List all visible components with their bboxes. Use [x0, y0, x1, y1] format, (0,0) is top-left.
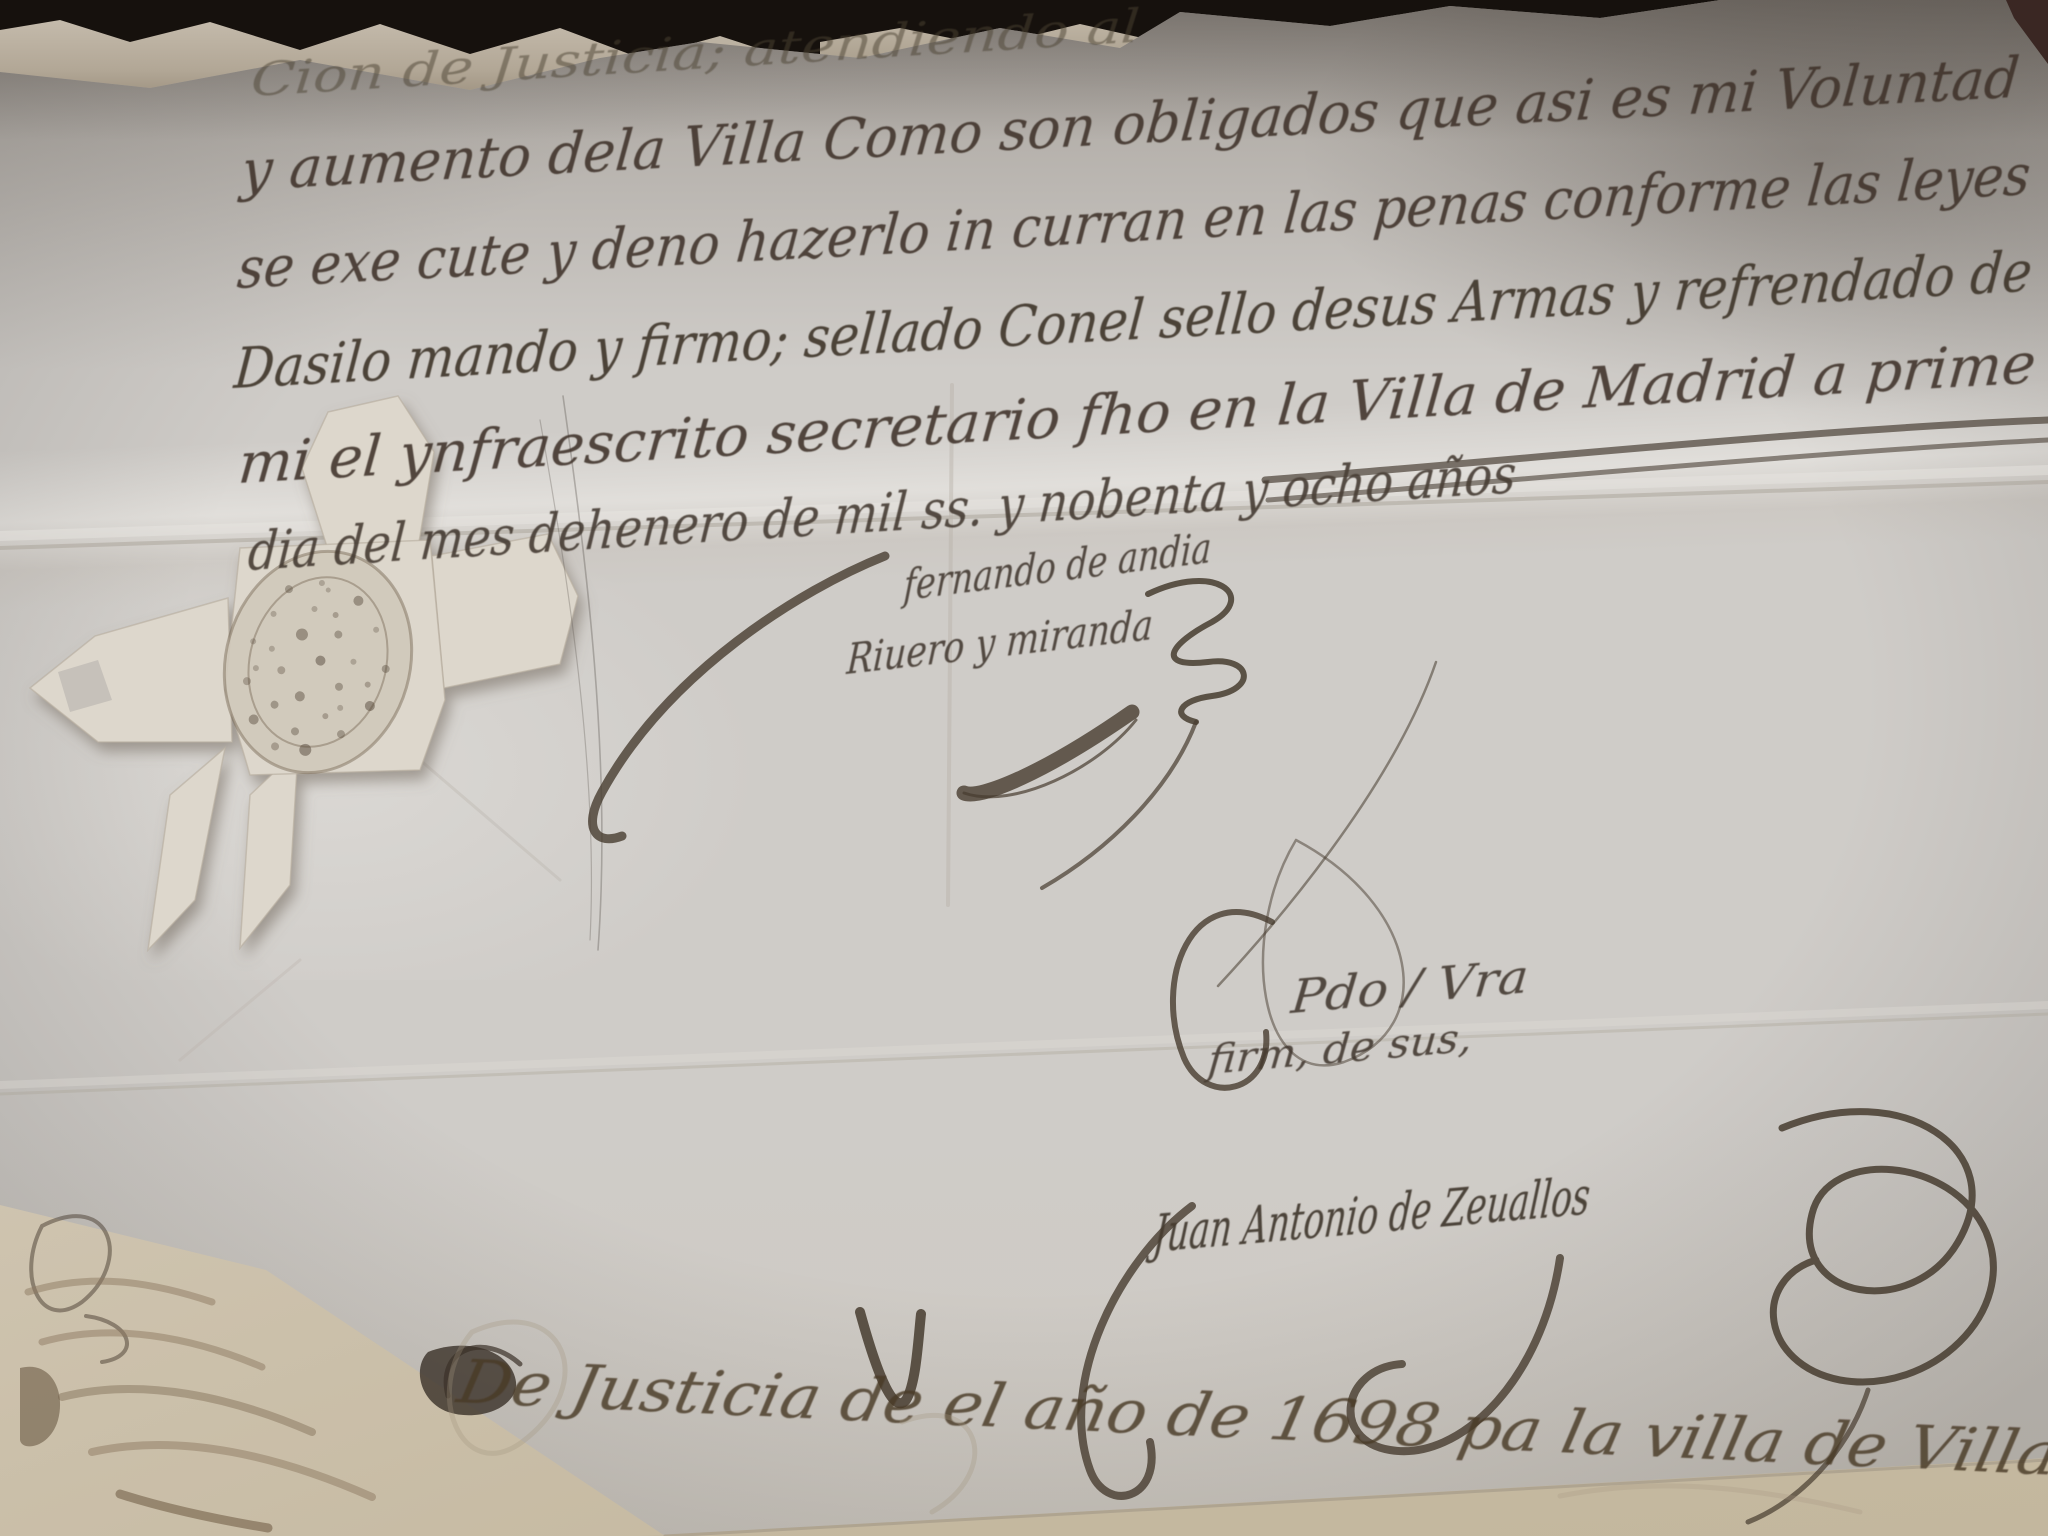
- seal-arm-left: [30, 598, 232, 742]
- docket-line1: Pdo / Vra: [1288, 949, 1531, 1024]
- manuscript-overlay: Cion de Justicia; atendiendo al y aument…: [0, 0, 2048, 1536]
- seal-arm-bottom-a: [148, 748, 225, 950]
- docket-line2: firm, de sus,: [1203, 1014, 1474, 1085]
- signature-andia-line2: Riuero y miranda: [845, 600, 1155, 684]
- manuscript-photo: Cion de Justicia; atendiendo al y aument…: [0, 0, 2048, 1536]
- second-sheet-script: [20, 1281, 372, 1528]
- seal-arm-bottom-b: [240, 750, 298, 948]
- signature-zevallos: Juan Antonio de Zeuallos: [1145, 1166, 1593, 1266]
- manuscript-line-faded: Cion de Justicia; atendiendo al: [249, 0, 1142, 107]
